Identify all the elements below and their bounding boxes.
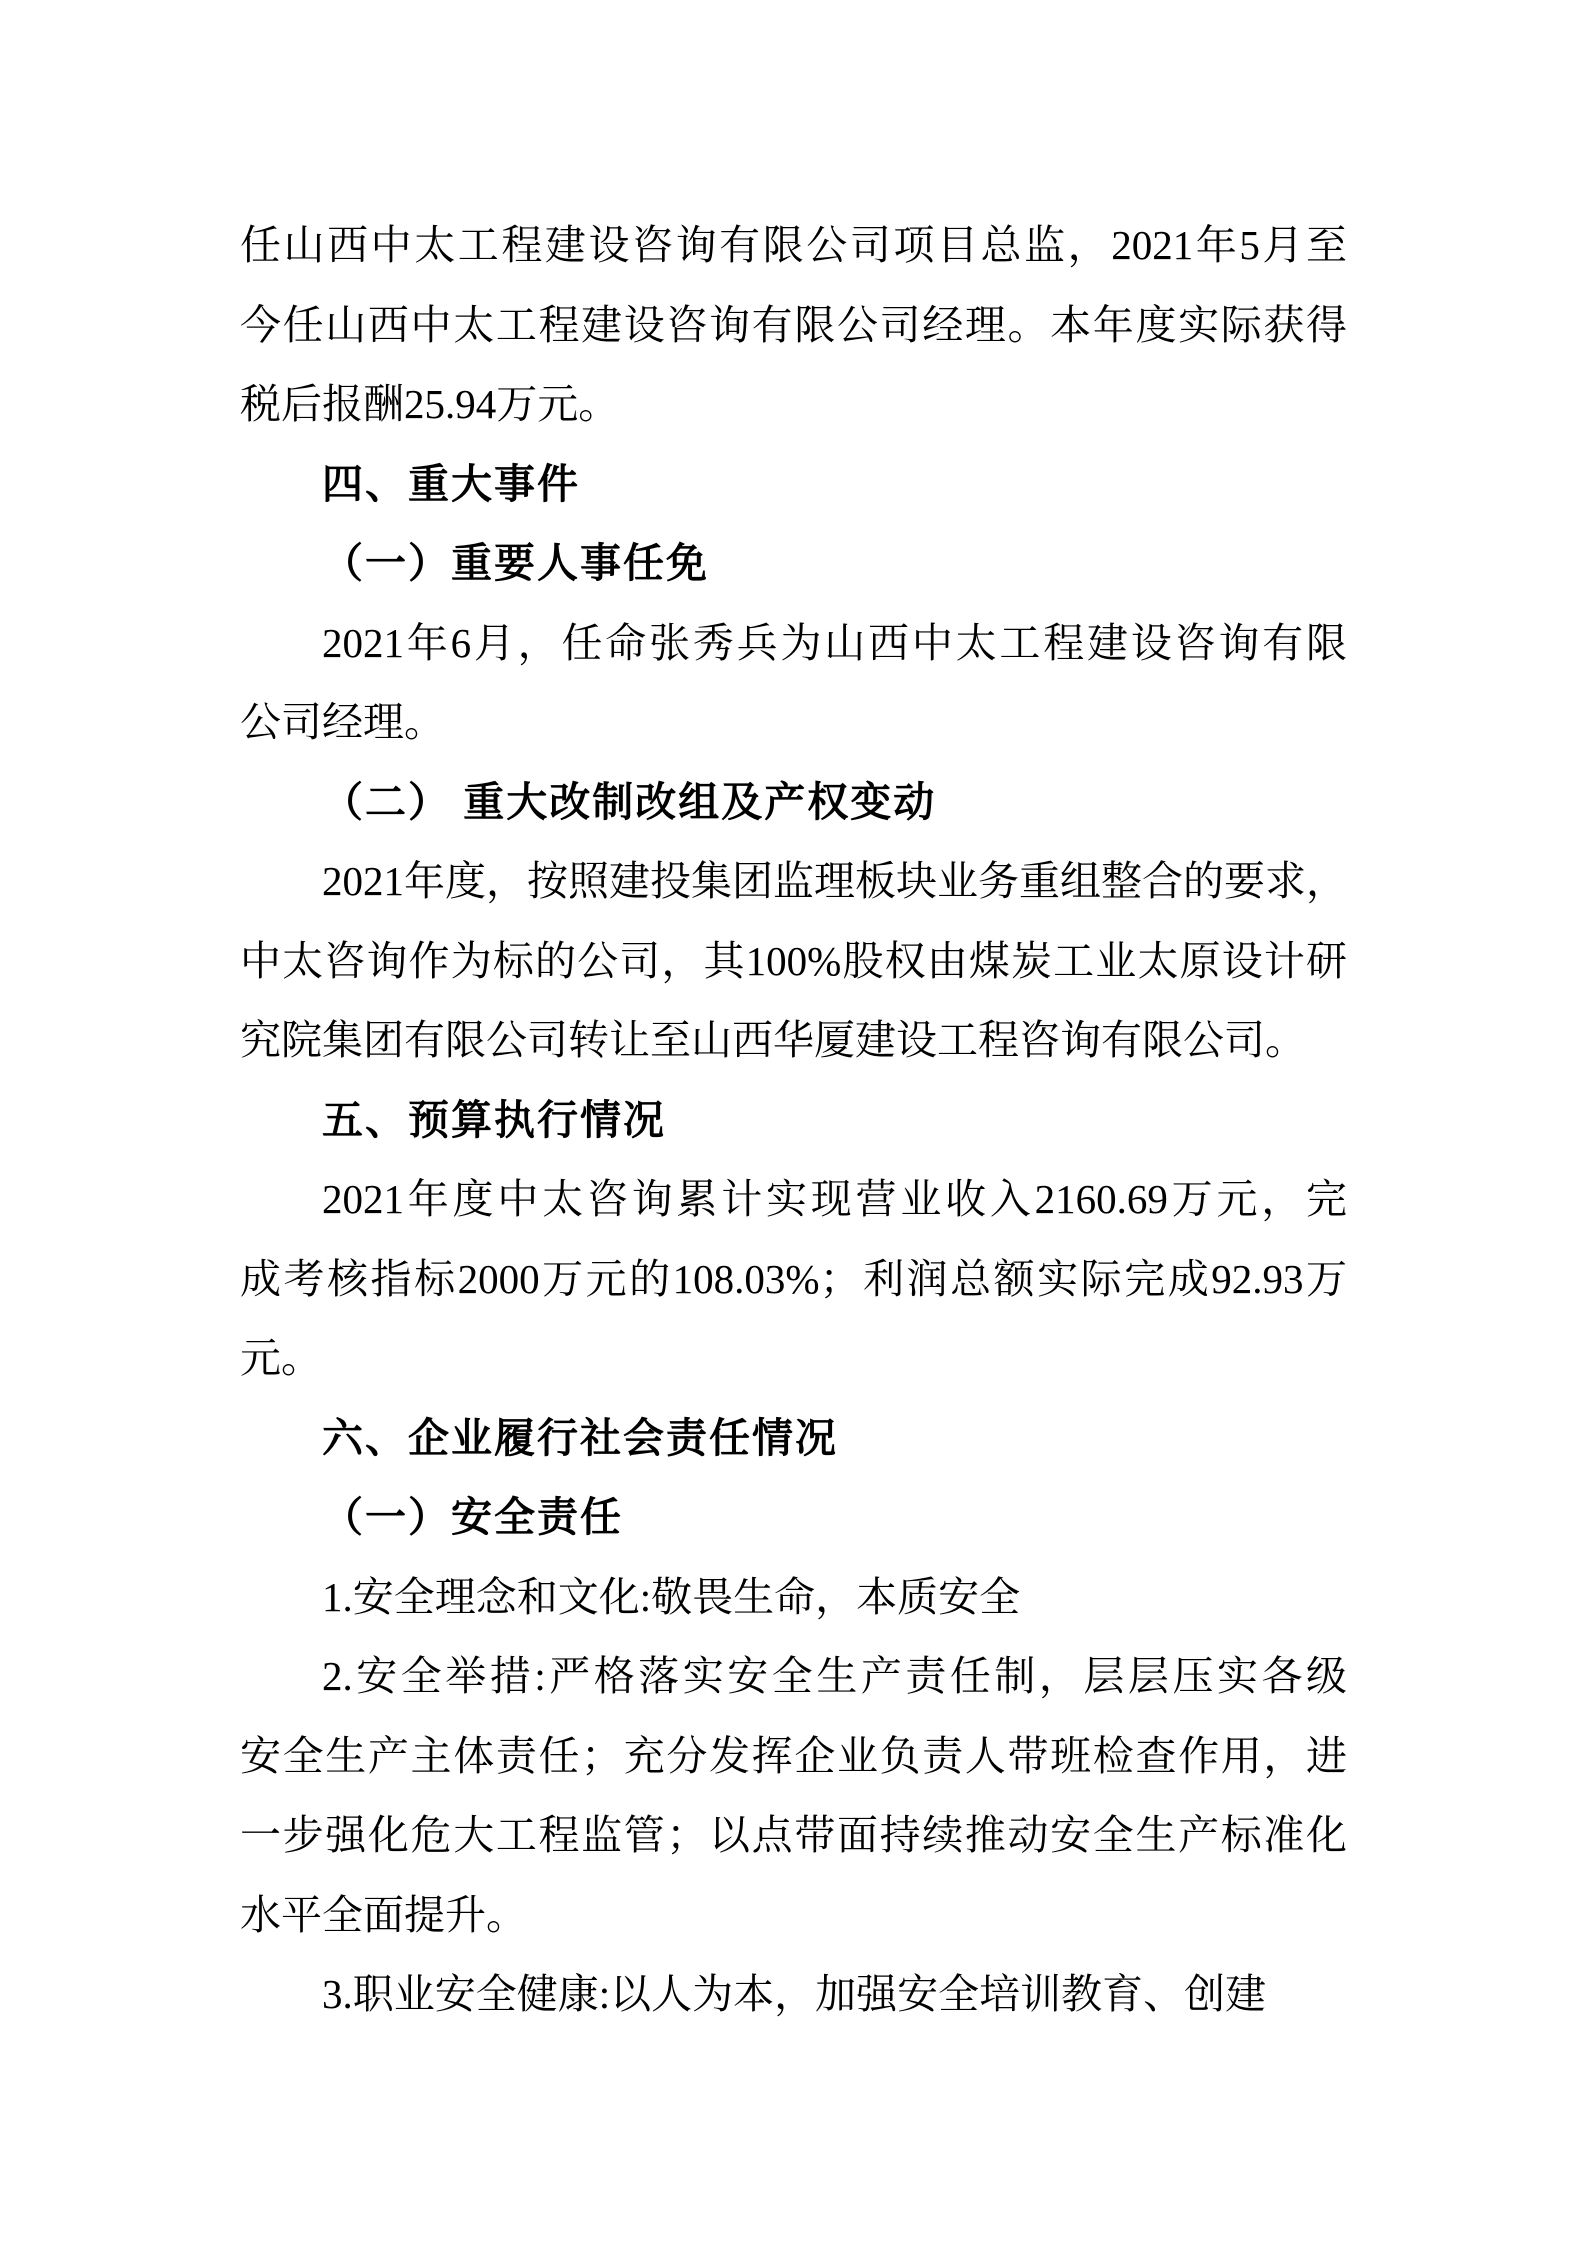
heading-text: （二） 重大改制改组及产权变动 — [240, 763, 1347, 843]
subheading-2-restructuring: （二） 重大改制改组及产权变动 — [240, 763, 1347, 843]
continued-paragraph-compensation: 任山西中太工程建设咨询有限公司项目总监，2021年5月至 今任山西中太工程建设咨… — [240, 206, 1347, 445]
heading-text: 四、重大事件 — [240, 445, 1347, 525]
text-line: 元。 — [240, 1319, 1347, 1399]
heading-5-budget-execution: 五、预算执行情况 — [240, 1081, 1347, 1161]
text-line: 一步强化危大工程监管；以点带面持续推动安全生产标准化 — [240, 1796, 1347, 1876]
text-line: 安全生产主体责任；充分发挥企业负责人带班检查作用，进 — [240, 1717, 1347, 1797]
paragraph-budget-execution: 2021年度中太咨询累计实现营业收入2160.69万元，完 成考核指标2000万… — [240, 1160, 1347, 1399]
paragraph-occupational-safety: 3.职业安全健康:以人为本，加强安全培训教育、创建 — [240, 1955, 1347, 2035]
text-line: 水平全面提升。 — [240, 1876, 1347, 1956]
paragraph-restructuring: 2021年度，按照建投集团监理板块业务重组整合的要求， 中太咨询作为标的公司，其… — [240, 842, 1347, 1081]
heading-text: （一）安全责任 — [240, 1478, 1347, 1558]
text-line: 今任山西中太工程建设咨询有限公司经理。本年度实际获得 — [240, 286, 1347, 366]
heading-text: 六、企业履行社会责任情况 — [240, 1399, 1347, 1479]
text-line: 2021年度中太咨询累计实现营业收入2160.69万元，完 — [240, 1160, 1347, 1240]
text-line: 成考核指标2000万元的108.03%；利润总额实际完成92.93万 — [240, 1240, 1347, 1320]
text-line: 究院集团有限公司转让至山西华厦建设工程咨询有限公司。 — [240, 1001, 1347, 1081]
document-text-block: 任山西中太工程建设咨询有限公司项目总监，2021年5月至 今任山西中太工程建设咨… — [240, 206, 1347, 2035]
text-line: 2021年6月，任命张秀兵为山西中太工程建设咨询有限 — [240, 604, 1347, 684]
text-line: 任山西中太工程建设咨询有限公司项目总监，2021年5月至 — [240, 206, 1347, 286]
document-page: 任山西中太工程建设咨询有限公司项目总监，2021年5月至 今任山西中太工程建设咨… — [0, 0, 1587, 2245]
text-line: 2021年度，按照建投集团监理板块业务重组整合的要求， — [240, 842, 1347, 922]
paragraph-personnel-appointment: 2021年6月，任命张秀兵为山西中太工程建设咨询有限 公司经理。 — [240, 604, 1347, 763]
text-line: 3.职业安全健康:以人为本，加强安全培训教育、创建 — [240, 1955, 1347, 2035]
paragraph-safety-culture: 1.安全理念和文化:敬畏生命，本质安全 — [240, 1558, 1347, 1638]
text-line: 1.安全理念和文化:敬畏生命，本质安全 — [240, 1558, 1347, 1638]
heading-4-major-events: 四、重大事件 — [240, 445, 1347, 525]
heading-text: 五、预算执行情况 — [240, 1081, 1347, 1161]
subheading-1-safety-responsibility: （一）安全责任 — [240, 1478, 1347, 1558]
text-line: 中太咨询作为标的公司，其100%股权由煤炭工业太原设计研 — [240, 922, 1347, 1002]
paragraph-safety-measures: 2.安全举措:严格落实安全生产责任制，层层压实各级 安全生产主体责任；充分发挥企… — [240, 1637, 1347, 1955]
heading-text: （一）重要人事任免 — [240, 524, 1347, 604]
heading-6-social-responsibility: 六、企业履行社会责任情况 — [240, 1399, 1347, 1479]
text-line: 公司经理。 — [240, 683, 1347, 763]
text-line: 2.安全举措:严格落实安全生产责任制，层层压实各级 — [240, 1637, 1347, 1717]
text-line: 税后报酬25.94万元。 — [240, 365, 1347, 445]
subheading-1-personnel-appointments: （一）重要人事任免 — [240, 524, 1347, 604]
